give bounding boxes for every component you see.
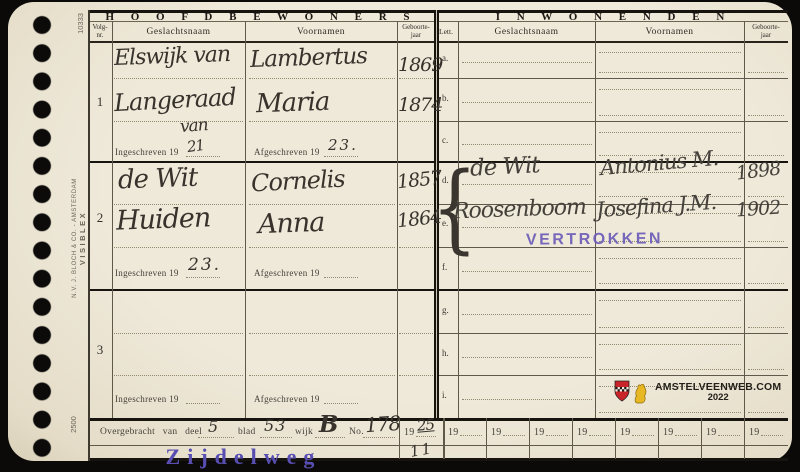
watermark: AMSTELVEENWEB.COM 2022 [613, 379, 781, 405]
write-line [198, 437, 234, 438]
footer-cell-line [701, 418, 702, 459]
col-header-volgnr: Volg- nr. [88, 24, 112, 39]
col-header-geboortejaar-r-line1: Geboorte- [752, 24, 780, 31]
write-line [599, 327, 741, 328]
year-cell-printed-19: 19 [404, 427, 415, 438]
row-letter: c. [442, 135, 456, 145]
write-line [462, 399, 592, 400]
write-line [632, 435, 654, 436]
year-cell: 19 [491, 427, 502, 438]
footer-cell-line [658, 418, 659, 459]
write-line [399, 333, 433, 334]
year-cell: 19 [663, 427, 674, 438]
write-line [599, 369, 741, 370]
amstelveen-coat-of-arms-icon [613, 379, 651, 405]
write-line [599, 72, 741, 73]
year-cell: 19 [620, 427, 631, 438]
write-line [748, 412, 784, 413]
register-card: 10333 N.V. J. BLOCH & CO. - AMSTERDAM VI… [8, 2, 792, 461]
write-line [503, 435, 525, 436]
row-letter: a. [442, 53, 456, 63]
write-line [599, 283, 741, 284]
write-line [363, 437, 395, 438]
afgeschreven-label-2: Afgeschreven 19 [254, 268, 320, 278]
write-line [748, 72, 784, 73]
footer-cell-line [744, 418, 745, 459]
write-line [599, 132, 741, 133]
row-letter: i. [442, 390, 456, 400]
afgeschreven-label-1: Afgeschreven 19 [254, 147, 320, 157]
write-line [748, 369, 784, 370]
footer-cell-line [486, 418, 487, 459]
overgebracht-label: Overgebracht van deel [100, 427, 202, 437]
write-line [748, 155, 784, 156]
row-letter: b. [442, 93, 456, 103]
write-line [249, 333, 395, 334]
hw-surname-1a: Elswijk van [114, 44, 231, 70]
footer-line [88, 418, 788, 421]
write-line [416, 436, 436, 437]
write-line [599, 412, 741, 413]
write-line [315, 437, 345, 438]
row-sep [439, 375, 788, 376]
hw-ingeschreven-year-2: 23. [188, 257, 221, 274]
row-letter: g. [442, 305, 456, 315]
write-line [675, 435, 697, 436]
right-section-title: I N W O N E N D E N [439, 11, 788, 23]
hw-inwonende-d-year: 1898 [735, 159, 781, 183]
volgnr-1: 1 [88, 94, 112, 110]
hw-firstname-1b: Maria [256, 89, 330, 118]
hw-year-1a: 1869 [398, 56, 442, 75]
hw-surname-2a: de Wit [118, 165, 198, 194]
hw-firstname-2a: Cornelis [250, 167, 345, 196]
year-cell: 19 [706, 427, 717, 438]
col-header-voornamen: Voornamen [245, 27, 397, 37]
write-line [462, 62, 592, 63]
scanned-register-card-page: 10333 N.V. J. BLOCH & CO. - AMSTERDAM VI… [0, 0, 800, 472]
year-cell: 19 [749, 427, 760, 438]
volgnr-2: 2 [88, 210, 112, 226]
table-left-border [88, 10, 90, 461]
write-line [114, 375, 243, 376]
no-label: No. [349, 427, 364, 437]
write-line [748, 327, 784, 328]
col-header-geboortejaar-r: Geboorte- jaar [744, 24, 788, 39]
hw-surname-1b-suffix: van [179, 117, 208, 136]
write-line [399, 375, 433, 376]
hw-house-number: 11 [409, 441, 434, 460]
hw-wijk: B [319, 413, 337, 436]
col-header-lett: Lett. [434, 27, 458, 36]
write-line [599, 344, 741, 345]
write-line [186, 277, 220, 278]
write-line [249, 78, 395, 79]
write-line [399, 121, 433, 122]
write-line [462, 271, 592, 272]
write-line [114, 247, 243, 248]
write-line [324, 277, 358, 278]
write-line [186, 403, 220, 404]
col-header-voornamen-r: Voornamen [595, 27, 744, 37]
write-line [249, 204, 395, 205]
blad-label: blad [238, 427, 256, 437]
col-line-geslachtsnaam [245, 21, 246, 418]
write-line [249, 247, 395, 248]
watermark-site: AMSTELVEENWEB.COM [655, 381, 781, 393]
write-line [186, 156, 220, 157]
street-name-stamp: Zijdelweg [88, 444, 399, 470]
ingeschreven-label-2: Ingeschreven 19 [115, 268, 179, 278]
write-line [718, 435, 740, 436]
write-line [462, 227, 592, 228]
write-line [249, 121, 395, 122]
write-line [599, 115, 741, 116]
hw-inwonende-d-firstname: Antonius M. [599, 148, 719, 179]
hw-afgeschreven-year-1: 23. [328, 138, 358, 153]
write-line [599, 258, 741, 259]
write-line [114, 333, 243, 334]
write-line [460, 435, 482, 436]
footer-cell-line [529, 418, 530, 459]
write-line [462, 184, 592, 185]
write-line [546, 435, 568, 436]
col-header-geboortejaar: Geboorte- jaar [397, 24, 435, 39]
row-sep [439, 333, 788, 334]
hw-surname-1b: Langeraad [113, 85, 236, 115]
year-cell: 19 [534, 427, 545, 438]
year-cell: 19 [577, 427, 588, 438]
col-header-geboortejaar-line1: Geboorte- [402, 24, 430, 31]
row-sep [439, 78, 788, 79]
year-cell: 19 [448, 427, 459, 438]
footer-cell-line [443, 418, 445, 459]
ingeschreven-label-3: Ingeschreven 19 [115, 394, 179, 404]
footer-cell-line [615, 418, 616, 459]
footer-cell-line [572, 418, 573, 459]
write-line [748, 283, 784, 284]
col-line-volgnr [112, 21, 113, 418]
write-line [399, 204, 433, 205]
col-header-geslachtsnaam: Geslachtsnaam [112, 27, 245, 37]
write-line [324, 156, 358, 157]
write-line [399, 78, 433, 79]
printer-imprint: N.V. J. BLOCH & CO. - AMSTERDAM VISIBLEX [72, 163, 88, 313]
volgnr-3: 3 [88, 342, 112, 358]
hw-inwonende-d-surname: de Wit [469, 154, 540, 181]
write-line [748, 241, 784, 242]
hw-year-1b: 1874 [398, 96, 442, 115]
write-line [748, 115, 784, 116]
col-header-geboortejaar-line2: jaar [411, 32, 421, 39]
register-table: H O O F D B E W O N E R S I N W O N E N … [88, 10, 788, 461]
write-line [462, 314, 592, 315]
serial-number-bottom: 2500 [69, 416, 78, 433]
wijk-label: wijk [295, 427, 313, 437]
hw-blad: 53 [264, 418, 286, 434]
hw-surname-2b: Huiden [116, 204, 211, 234]
hw-no: 178 [364, 413, 400, 435]
col-header-volgnr-line2: nr. [97, 32, 104, 39]
vertrokken-stamp: VERTROKKEN [526, 230, 663, 249]
row-letter: h. [442, 348, 456, 358]
write-line [761, 435, 783, 436]
write-line [399, 247, 433, 248]
hw-inwonende-e-firstname: Josefina J.M. [595, 192, 716, 221]
watermark-text: AMSTELVEENWEB.COM 2022 [655, 381, 781, 404]
hw-firstname-2b: Anna [258, 209, 325, 238]
write-line [462, 357, 592, 358]
write-line [599, 52, 741, 53]
write-line [114, 78, 243, 79]
ingeschreven-label-1: Ingeschreven 19 [115, 147, 179, 157]
left-section-title: H O O F D B E W O N E R S [88, 11, 434, 23]
write-line [462, 102, 592, 103]
hw-ingeschreven-year-1: 21 [186, 138, 205, 155]
write-line [114, 121, 243, 122]
col-header-volgnr-line1: Volg- [93, 24, 108, 31]
printer-brand: VISIBLEX [78, 211, 87, 265]
col-header-geboortejaar-r-line2: jaar [761, 32, 771, 39]
write-line [599, 89, 741, 90]
write-line [249, 375, 395, 376]
binder-holes [32, 11, 52, 463]
hw-year-25: 25 [416, 417, 434, 433]
write-line [589, 435, 611, 436]
afgeschreven-label-3: Afgeschreven 19 [254, 394, 320, 404]
write-line [324, 403, 358, 404]
write-line [260, 437, 292, 438]
row-sep [439, 121, 788, 122]
watermark-year: 2022 [708, 393, 729, 404]
hw-inwonende-e-surname: Roosenboom [453, 197, 587, 224]
col-header-geslachtsnaam-r: Geslachtsnaam [458, 27, 595, 37]
write-line [599, 300, 741, 301]
hw-firstname-1a: Lambertus [250, 45, 368, 72]
serial-number-top: 10333 [76, 13, 85, 34]
write-line [462, 144, 592, 145]
hw-inwonende-e-year: 1902 [735, 198, 781, 220]
hw-deel: 5 [208, 419, 217, 435]
